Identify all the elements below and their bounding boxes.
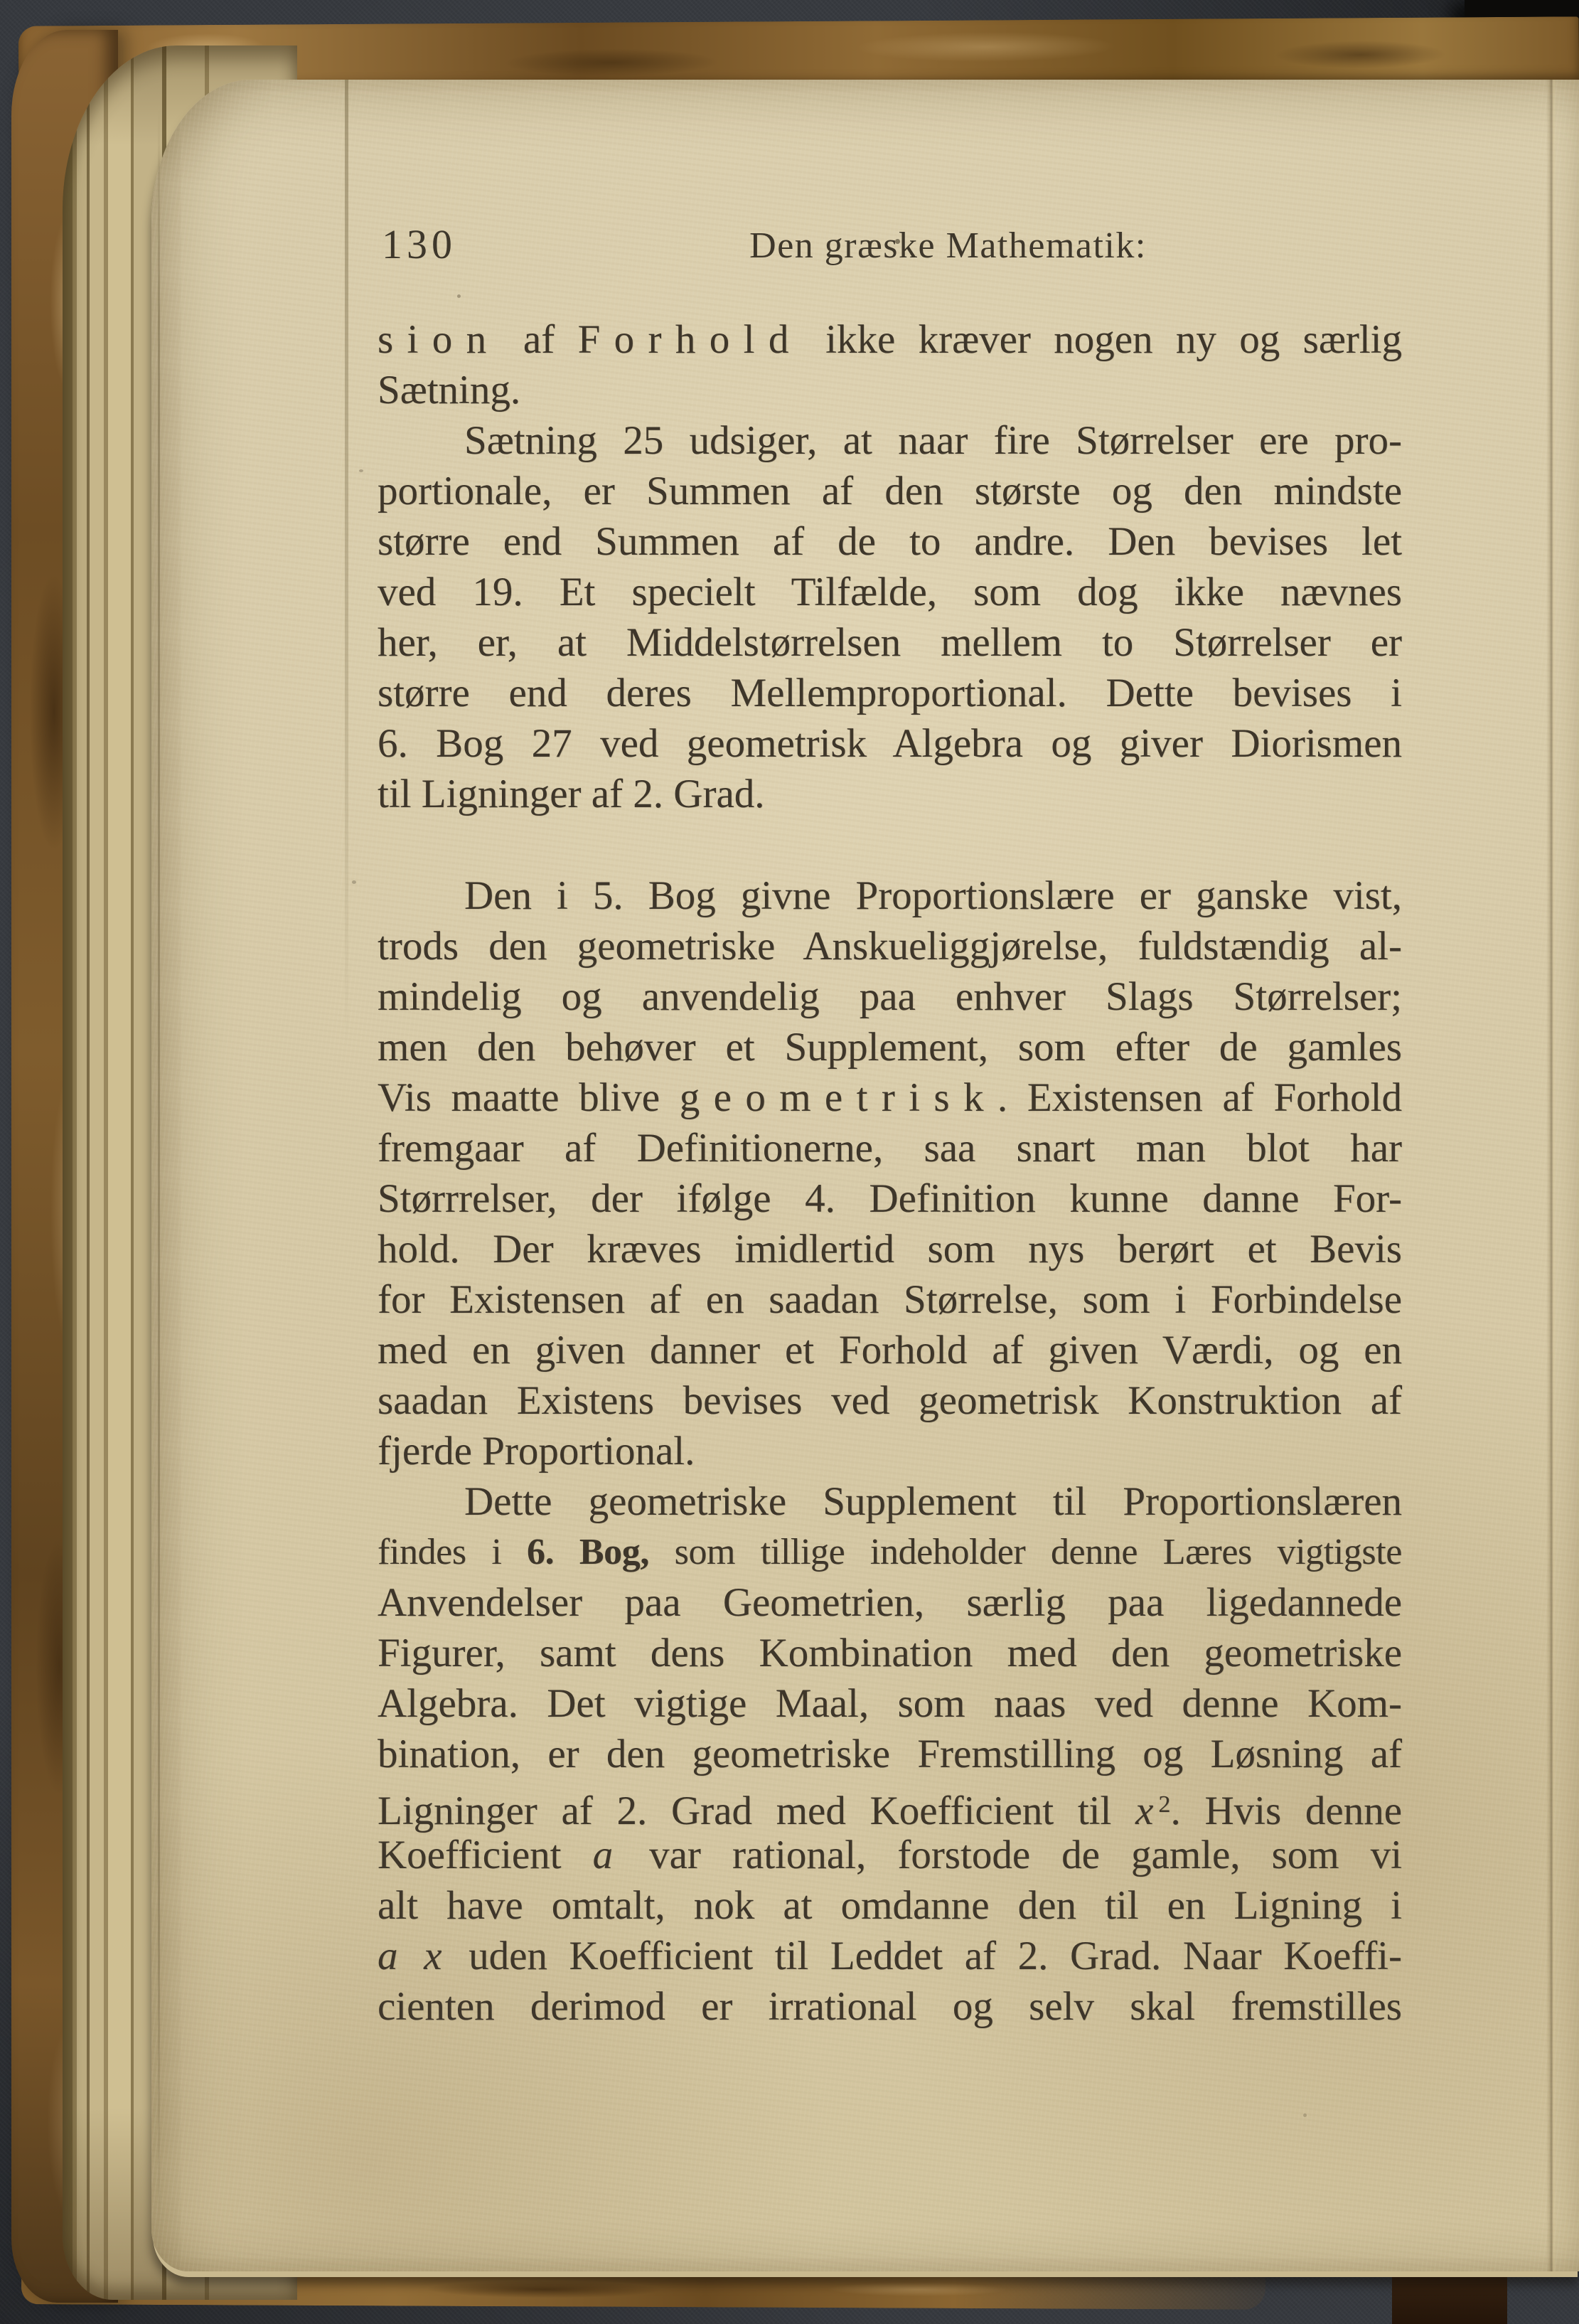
ink-speck (359, 469, 363, 472)
text-segment: som tillige indeholder denne Læres vigti… (649, 1532, 1402, 1572)
text-line: her, er, at Middelstørrelsen mellem to S… (378, 617, 1402, 668)
text-segment: Den i 5. Bog givne Proportionslære er ga… (464, 873, 1402, 918)
text-segment: sion (378, 317, 501, 362)
text-line: for Existensen af en saadan Størrelse, s… (378, 1274, 1402, 1325)
text-line: Figurer, samt dens Kombination med den g… (378, 1628, 1402, 1678)
text-segment: af (501, 317, 578, 362)
body-text: sion af Forhold ikke kræver nogen ny og … (378, 314, 1402, 2032)
text-line: fjerde Proportional. (378, 1426, 1402, 1476)
text-segment: 2 (1158, 1791, 1170, 1818)
text-line: bination, er den geometriske Fremstillin… (378, 1729, 1402, 1779)
text-line: sion af Forhold ikke kræver nogen ny og … (378, 314, 1402, 365)
text-line: Ligninger af 2. Grad med Koefficient til… (378, 1779, 1402, 1830)
text-segment: hold. Der kræves imidlertid som nys berø… (378, 1227, 1402, 1272)
text-segment: geometrisk (680, 1075, 997, 1120)
text-line: Algebra. Det vigtige Maal, som naas ved … (378, 1678, 1402, 1729)
text-line: Den i 5. Bog givne Proportionslære er ga… (378, 870, 1402, 921)
text-line: større end deres Mellemproportional. Det… (378, 668, 1402, 718)
page-edge-line (158, 108, 160, 2242)
text-segment: bination, er den geometriske Fremstillin… (378, 1732, 1402, 1776)
text-line: cienten derimod er irrational og selv sk… (378, 1981, 1402, 2032)
text-segment: større end Summen af de to andre. Den be… (378, 519, 1402, 564)
text-segment: saadan Existens bevises ved geometrisk K… (378, 1378, 1402, 1423)
book-page: 130 Den græske Mathematik: sion af Forho… (151, 80, 1579, 2271)
text-segment: ikke kræver nogen ny og særlig (803, 317, 1402, 362)
text-segment: Ligninger af 2. Grad med Koefficient til (378, 1789, 1135, 1833)
text-line: 6. Bog 27 ved geometrisk Algebra og give… (378, 718, 1402, 769)
text-segment: Anvendelser paa Geometrien, særlig paa l… (378, 1580, 1402, 1625)
text-segment: Koefficient (378, 1833, 593, 1877)
text-line: mindelig og anvendelig paa enhver Slags … (378, 971, 1402, 1022)
text-segment: trods den geometriske Anskueliggjørelse,… (378, 924, 1402, 969)
text-line: Sætning 25 udsiger, at naar fire Størrel… (378, 415, 1402, 466)
text-segment: portionale, er Summen af den største og … (378, 469, 1402, 513)
text-line: Dette geometriske Supplement til Proport… (378, 1476, 1402, 1527)
text-line: til Ligninger af 2. Grad. (378, 769, 1402, 819)
text-segment: Størrrelser, der ifølge 4. Definition ku… (378, 1176, 1402, 1221)
page-crease (1546, 80, 1556, 2271)
text-segment: Sætning. (378, 368, 520, 412)
text-segment: Forhold (578, 317, 803, 362)
text-segment: a x (378, 1934, 446, 1978)
text-segment: Figurer, samt dens Kombination med den g… (378, 1631, 1402, 1675)
page-header-row: 130 Den græske Mathematik: (378, 220, 1402, 284)
text-segment: 6. Bog 27 ved geometrisk Algebra og give… (378, 721, 1402, 766)
text-line: Anvendelser paa Geometrien, særlig paa l… (378, 1577, 1402, 1628)
text-segment: a (593, 1833, 619, 1877)
text-segment: findes i (378, 1532, 527, 1572)
text-line: saadan Existens bevises ved geometrisk K… (378, 1375, 1402, 1426)
text-line: alt have omtalt, nok at omdanne den til … (378, 1880, 1402, 1931)
page-number: 130 (382, 220, 456, 268)
text-line: Størrrelser, der ifølge 4. Definition ku… (378, 1173, 1402, 1224)
text-segment: alt have omtalt, nok at omdanne den til … (378, 1883, 1402, 1928)
text-segment: her, er, at Middelstørrelsen mellem to S… (378, 620, 1402, 665)
text-segment: x (1135, 1789, 1158, 1833)
text-line: med en given danner et Forhold af given … (378, 1325, 1402, 1375)
text-segment: 6. Bog, (527, 1532, 649, 1572)
text-segment: Sætning 25 udsiger, at naar fire Størrel… (464, 418, 1402, 463)
text-segment: cienten derimod er irrational og selv sk… (378, 1984, 1402, 2029)
text-line: Sætning. (378, 365, 1402, 415)
text-line: trods den geometriske Anskueliggjørelse,… (378, 921, 1402, 971)
text-line: fremgaar af Definitionerne, saa snart ma… (378, 1123, 1402, 1173)
text-segment: fjerde Proportional. (378, 1429, 695, 1473)
page-curl-line (345, 80, 348, 1047)
text-line: Koefficient a var rational, forstode de … (378, 1830, 1402, 1880)
text-line: a x uden Koefficient til Leddet af 2. Gr… (378, 1931, 1402, 1981)
text-line: men den behøver et Supplement, som efter… (378, 1022, 1402, 1072)
text-segment: ved 19. Et specielt Tilfælde, som dog ik… (378, 570, 1402, 614)
text-segment: var rational, forstode de gamle, som vi (618, 1833, 1402, 1877)
text-segment: Algebra. Det vigtige Maal, som naas ved … (378, 1681, 1402, 1726)
text-segment: . Existensen af Forhold (997, 1075, 1402, 1120)
text-segment: . Hvis denne (1170, 1789, 1402, 1833)
text-segment: til Ligninger af 2. Grad. (378, 772, 765, 816)
running-header: Den græske Mathematik: (749, 225, 1147, 267)
text-segment: men den behøver et Supplement, som efter… (378, 1025, 1402, 1070)
text-line: ved 19. Et specielt Tilfælde, som dog ik… (378, 567, 1402, 617)
ink-speck (457, 294, 461, 298)
text-segment: fremgaar af Definitionerne, saa snart ma… (378, 1126, 1402, 1171)
text-segment: større end deres Mellemproportional. Det… (378, 671, 1402, 715)
text-line: Vis maatte blive geometrisk. Existensen … (378, 1072, 1402, 1123)
text-line: findes i 6. Bog, som tillige indeholder … (378, 1527, 1402, 1577)
photo-background: 130 Den græske Mathematik: sion af Forho… (0, 0, 1579, 2324)
text-segment: mindelig og anvendelig paa enhver Slags … (378, 974, 1402, 1019)
text-segment: med en given danner et Forhold af given … (378, 1328, 1402, 1372)
text-segment: Dette geometriske Supplement til Proport… (464, 1479, 1402, 1524)
ink-speck (352, 880, 356, 884)
text-segment: for Existensen af en saadan Størrelse, s… (378, 1277, 1402, 1322)
text-line: større end Summen af de to andre. Den be… (378, 516, 1402, 567)
text-segment: Vis maatte blive (378, 1075, 680, 1120)
ink-speck (1303, 2114, 1307, 2117)
text-line: portionale, er Summen af den største og … (378, 466, 1402, 516)
text-segment: uden Koefficient til Leddet af 2. Grad. … (446, 1934, 1402, 1978)
text-line: hold. Der kræves imidlertid som nys berø… (378, 1224, 1402, 1274)
